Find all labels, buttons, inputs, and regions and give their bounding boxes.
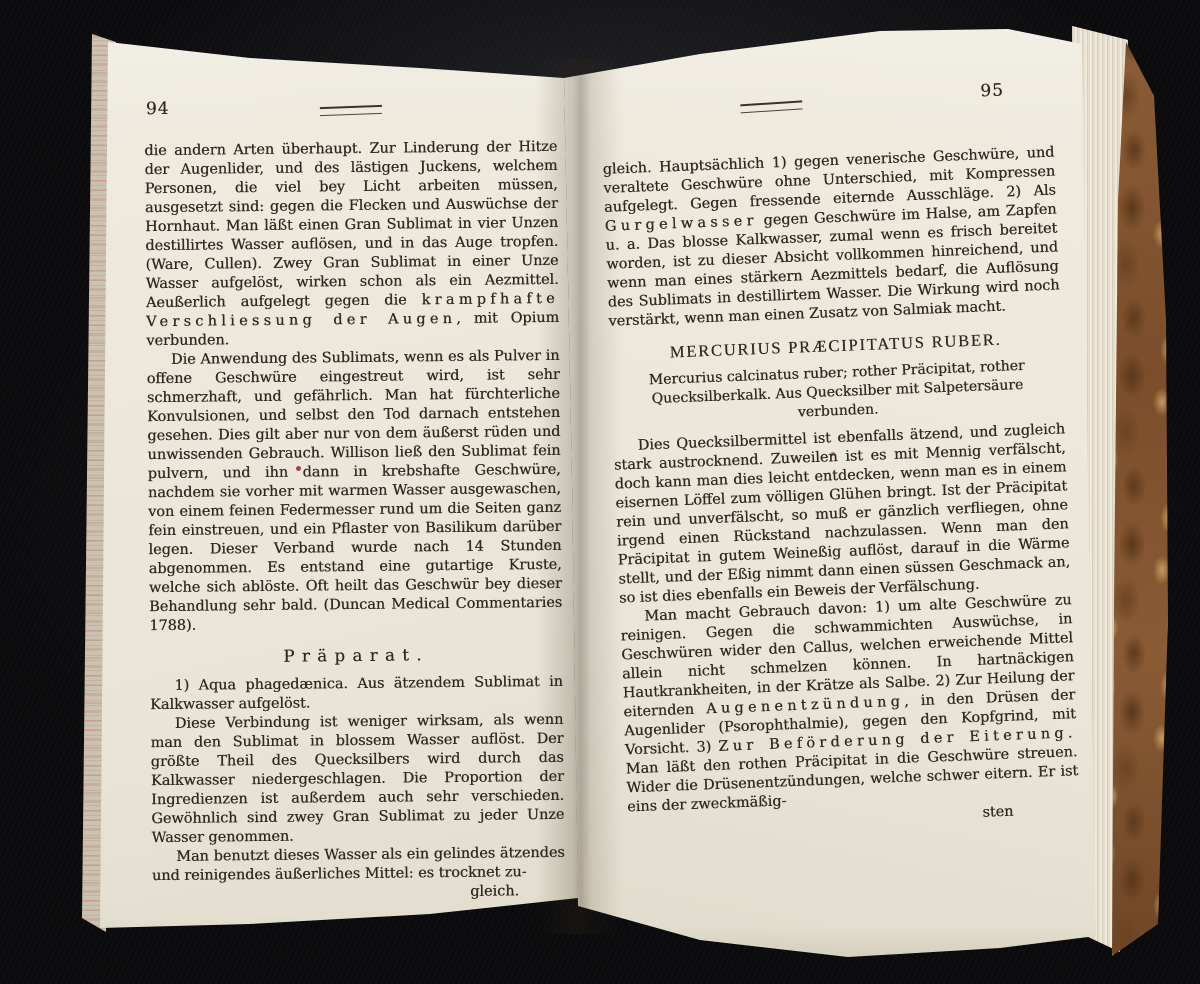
paragraph-continuation: gleich. Hauptsächlich 1) gegen venerisch… <box>602 144 1060 332</box>
double-rule-ornament <box>740 100 802 113</box>
paragraph-text: die andern Arten überhaupt. Zur Linderun… <box>144 139 559 311</box>
letterspaced-phrase: Gurgelwasser <box>605 213 758 235</box>
paragraph-continuation: die andern Arten überhaupt. Zur Linderun… <box>144 138 559 351</box>
left-page-header: 94 <box>144 96 557 124</box>
paragraph: Diese Verbindung ist weniger wirksam, al… <box>150 711 564 848</box>
chapter-subheading: Mercurius calcinatus ruber; rother Präci… <box>624 356 1050 429</box>
paragraph: Man benutzt dieses Wasser als ein gelind… <box>152 844 565 886</box>
section-heading-praeparat: Präparat. <box>150 644 563 667</box>
left-page-text: 94 die andern Arten überhaupt. Zur Linde… <box>144 96 565 905</box>
paragraph: Man macht Gebrauch davon: 1) um alte Ges… <box>620 591 1080 817</box>
page-number-right: 95 <box>980 81 1004 101</box>
double-rule-ornament <box>319 105 381 116</box>
page-number-left: 94 <box>146 100 170 119</box>
right-page-text: 95 gleich. Hauptsächlich 1) gegen veneri… <box>600 84 1080 837</box>
paragraph: 1) Aqua phagedænica. Aus ätzendem Sublim… <box>150 673 563 715</box>
paragraph: Die Anwendung des Sublimats, wenn es als… <box>146 347 562 636</box>
book-photo-scene: 94 die andern Arten überhaupt. Zur Linde… <box>0 0 1200 984</box>
paragraph: Dies Quecksilbermittel ist ebenfalls ätz… <box>613 420 1071 608</box>
